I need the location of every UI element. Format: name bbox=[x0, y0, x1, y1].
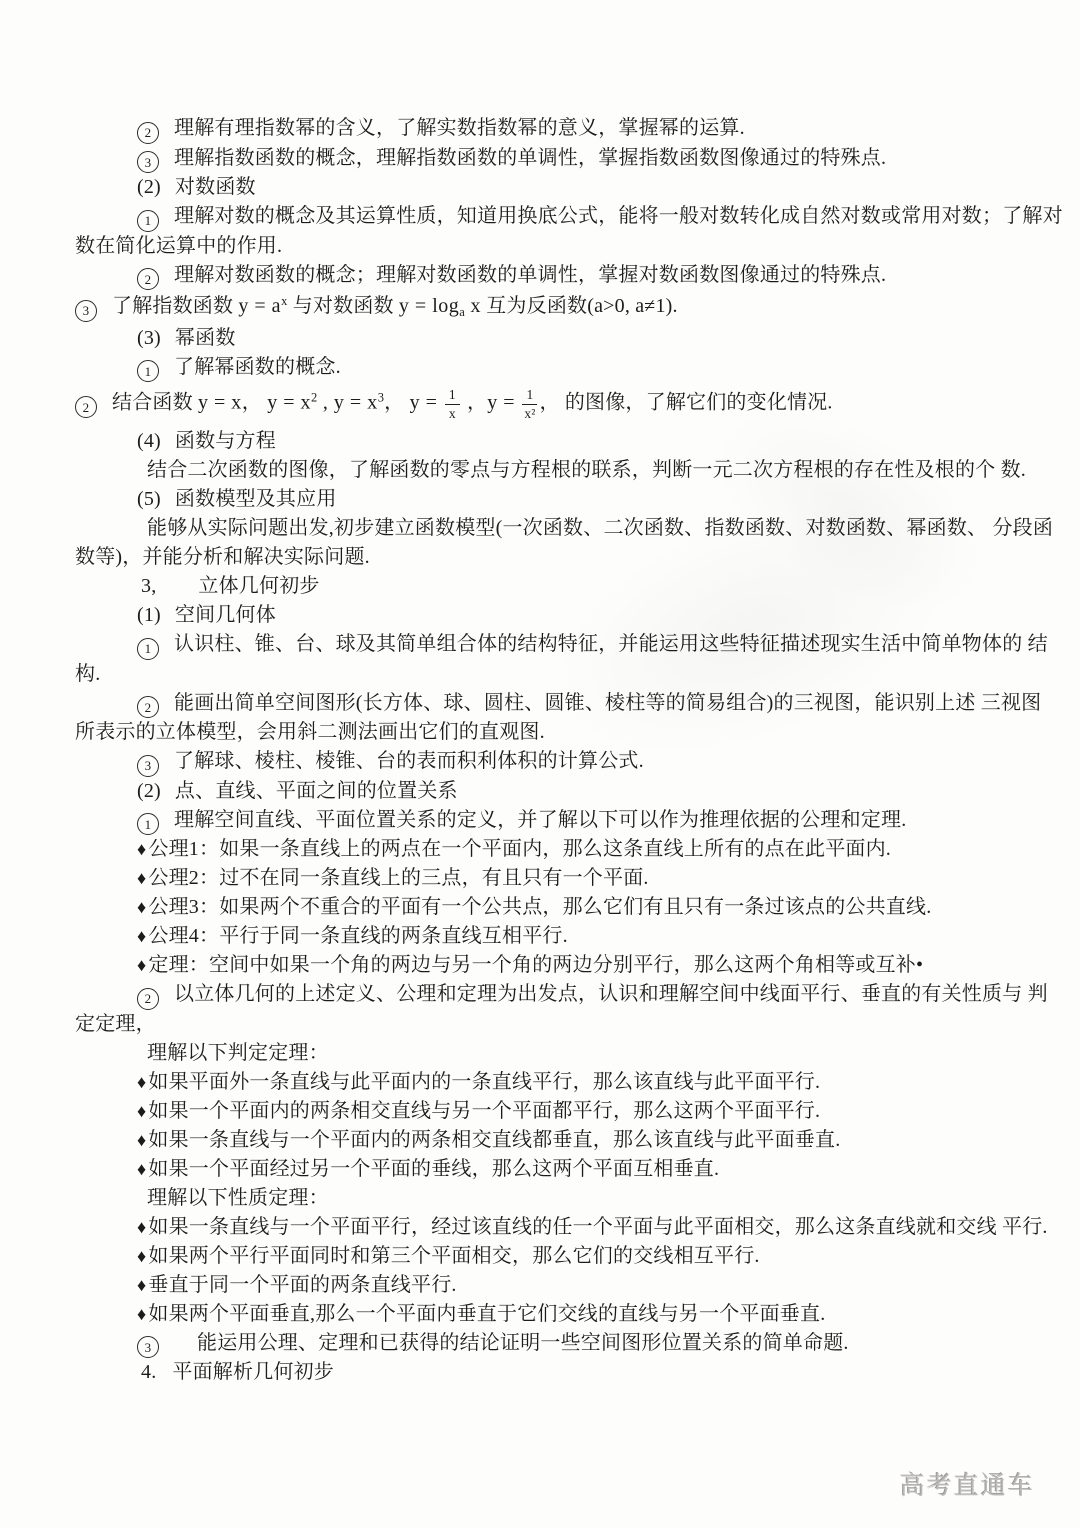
item-marker: (3) bbox=[137, 327, 161, 349]
text-run: 理解以下性质定理： bbox=[147, 1187, 329, 1209]
item-marker: (2) bbox=[137, 176, 161, 198]
text-run: 垂直于同一个平面的两条直线平行. bbox=[148, 1274, 456, 1296]
text-run: 函数与方程 bbox=[175, 430, 276, 452]
document-body: 2理解有理指数幂的含义，了解实数指数幂的意义，掌握幂的运算.3理解指数函数的概念… bbox=[75, 114, 1040, 1387]
item-marker: (5) bbox=[137, 488, 161, 510]
document-line: ♦如果两个平面垂直,那么一个平面内垂直于它们交线的直线与另一个平面垂直. bbox=[75, 1300, 1040, 1329]
item-marker: 3 bbox=[137, 1336, 159, 1358]
text-run: 对数函数 bbox=[175, 176, 256, 198]
document-line: 1理解对数的概念及其运算性质，知道用换底公式，能将一般对数转化成自然对数或常用对… bbox=[75, 202, 1040, 232]
text-run: 互为反函数(a>0, a≠1). bbox=[481, 295, 678, 317]
text-run: 公理2：过不在同一条直线上的三点，有且只有一个平面. bbox=[148, 867, 648, 889]
document-line: (2)点、直线、平面之间的位置关系 bbox=[75, 777, 1040, 806]
document-line: 能够从实际问题出发,初步建立函数模型(一次函数、二次函数、指数函数、对数函数、幂… bbox=[75, 514, 1040, 543]
document-line: (3)幂函数 bbox=[75, 324, 1040, 353]
diamond-bullet-icon: ♦ bbox=[137, 897, 146, 917]
document-line: ♦公理1：如果一条直线上的两点在一个平面内，那么这条直线上所有的点在此平面内. bbox=[75, 835, 1040, 864]
text-run: 能运用公理、定理和已获得的结论证明一些空间图形位置关系的简单命题. bbox=[197, 1332, 849, 1354]
document-line: ♦定理：空间中如果一个角的两边与另一个角的两边分别平行，那么这两个角相等或互补• bbox=[75, 951, 1040, 980]
diamond-bullet-icon: ♦ bbox=[137, 1101, 146, 1121]
item-marker: 2 bbox=[137, 696, 159, 718]
math-fraction: 1x² bbox=[522, 388, 537, 420]
text-run: 数在简化运算中的作用. bbox=[75, 235, 282, 257]
text-run: y = bbox=[410, 392, 443, 414]
document-line: 定定理， bbox=[75, 1010, 1040, 1039]
text-run: 幂函数 bbox=[175, 327, 236, 349]
item-marker: 2 bbox=[137, 268, 159, 290]
text-run: y = x bbox=[198, 392, 242, 414]
item-marker: (4) bbox=[137, 430, 161, 452]
document-line: 2理解有理指数幂的含义，了解实数指数幂的意义，掌握幂的运算. bbox=[75, 114, 1040, 144]
document-line: 2以立体几何的上述定义、公理和定理为出发点，认识和理解空间中线面平行、垂直的有关… bbox=[75, 980, 1040, 1010]
document-line: ♦如果一个平面内的两条相交直线与另一个平面都平行，那么这两个平面平行. bbox=[75, 1097, 1040, 1126]
document-line: ♦如果一个平面经过另一个平面的垂线，那么这两个平面互相垂直. bbox=[75, 1155, 1040, 1184]
text-run: 如果一个平面内的两条相交直线与另一个平面都平行，那么这两个平面平行. bbox=[148, 1100, 820, 1122]
item-marker: 2 bbox=[137, 988, 159, 1010]
text-run: ， bbox=[462, 392, 487, 414]
text-run: 结合二次函数的图像，了解函数的零点与方程根的联系，判断一元二次方程根的存在性及根… bbox=[147, 459, 1026, 481]
text-run: 理解以下判定定理： bbox=[147, 1042, 329, 1064]
document-line: 3了解球、棱柱、棱锥、台的表而积利体积的计算公式. bbox=[75, 747, 1040, 777]
text-run: y = log bbox=[399, 295, 459, 317]
item-marker: (2) bbox=[137, 780, 161, 802]
document-line: ♦公理3：如果两个不重合的平面有一个公共点，那么它们有且只有一条过该点的公共直线… bbox=[75, 893, 1040, 922]
document-line: 数在简化运算中的作用. bbox=[75, 232, 1040, 261]
item-marker: (1) bbox=[137, 604, 161, 626]
document-line: 1认识柱、锥、台、球及其简单组合体的结构特征，并能运用这些特征描述现实生活中简单… bbox=[75, 630, 1040, 660]
text-run: 数等)，并能分析和解决实际问题. bbox=[75, 546, 370, 568]
text-run: 平面解析几何初步 bbox=[172, 1361, 334, 1383]
document-line: 2结合函数 y = x， y = x2 , y = x3， y = 1x ，y … bbox=[75, 382, 1040, 427]
text-run: y = bbox=[487, 392, 520, 414]
text-run: 能够从实际问题出发,初步建立函数模型(一次函数、二次函数、指数函数、对数函数、幂… bbox=[147, 517, 1053, 539]
diamond-bullet-icon: ♦ bbox=[137, 955, 146, 975]
diamond-bullet-icon: ♦ bbox=[137, 868, 146, 888]
document-line: ♦如果一条直线与一个平面内的两条相交直线都垂直，那么该直线与此平面垂直. bbox=[75, 1126, 1040, 1155]
document-line: 1了解幂函数的概念. bbox=[75, 353, 1040, 383]
document-line: ♦公理2：过不在同一条直线上的三点，有且只有一个平面. bbox=[75, 864, 1040, 893]
diamond-bullet-icon: ♦ bbox=[137, 1246, 146, 1266]
diamond-bullet-icon: ♦ bbox=[137, 1130, 146, 1150]
text-run: 了解球、棱柱、棱锥、台的表而积利体积的计算公式. bbox=[174, 750, 644, 772]
document-line: 2能画出简单空间图形(长方体、球、圆柱、圆锥、棱柱等的简易组合)的三视图，能识别… bbox=[75, 689, 1040, 719]
text-run: y = a bbox=[238, 295, 281, 317]
text-run: 定定理， bbox=[75, 1013, 156, 1035]
document-line: 所表示的立体模型，会用斜二测法画出它们的直观图. bbox=[75, 718, 1040, 747]
document-line: 3能运用公理、定理和已获得的结论证明一些空间图形位置关系的简单命题. bbox=[75, 1329, 1040, 1359]
text-run: 结合函数 bbox=[112, 392, 198, 414]
document-line: ♦如果一条直线与一个平面平行，经过该直线的任一个平面与此平面相交，那么这条直线就… bbox=[75, 1213, 1040, 1242]
text-run: , y = x bbox=[317, 392, 377, 414]
diamond-bullet-icon: ♦ bbox=[137, 839, 146, 859]
document-line: 3理解指数函数的概念，理解指数函数的单调性，掌握指数函数图像通过的特殊点. bbox=[75, 144, 1040, 174]
text-run: 理解指数函数的概念，理解指数函数的单调性，掌握指数函数图像通过的特殊点. bbox=[174, 147, 886, 169]
item-marker: 2 bbox=[137, 122, 159, 144]
text-run: 以立体几何的上述定义、公理和定理为出发点，认识和理解空间中线面平行、垂直的有关性… bbox=[174, 983, 1048, 1005]
text-run: 如果一条直线与一个平面平行，经过该直线的任一个平面与此平面相交，那么这条直线就和… bbox=[148, 1216, 1047, 1238]
item-marker: 3, bbox=[141, 575, 156, 597]
text-run: 理解对数的概念及其运算性质，知道用换底公式，能将一般对数转化成自然对数或常用对数… bbox=[174, 205, 1063, 227]
text-run: 理解有理指数幂的含义，了解实数指数幂的意义，掌握幂的运算. bbox=[174, 117, 745, 139]
document-line: 结合二次函数的图像，了解函数的零点与方程根的联系，判断一元二次方程根的存在性及根… bbox=[75, 456, 1040, 485]
text-run: 了解幂函数的概念. bbox=[174, 356, 341, 378]
text-run: 理解对数函数的概念；理解对数函数的单调性，掌握对数函数图像通过的特殊点. bbox=[174, 264, 886, 286]
document-line: 1理解空间直线、平面位置关系的定义，并了解以下可以作为推理依据的公理和定理. bbox=[75, 806, 1040, 836]
text-run: 公理3：如果两个不重合的平面有一个公共点，那么它们有且只有一条过该点的公共直线. bbox=[148, 896, 931, 918]
item-marker: 3 bbox=[137, 151, 159, 173]
text-run: ， bbox=[242, 392, 267, 414]
text-run: 理解空间直线、平面位置关系的定义，并了解以下可以作为推理依据的公理和定理. bbox=[174, 809, 906, 831]
document-line: 3,立体几何初步 bbox=[75, 572, 1040, 601]
diamond-bullet-icon: ♦ bbox=[137, 1159, 146, 1179]
text-run: ， bbox=[384, 392, 409, 414]
text-run: 公理1：如果一条直线上的两点在一个平面内，那么这条直线上所有的点在此平面内. bbox=[148, 838, 891, 860]
item-marker: 1 bbox=[137, 813, 159, 835]
item-marker: 3 bbox=[75, 300, 97, 322]
text-run: 了解指数函数 bbox=[112, 295, 238, 317]
text-run: 认识柱、锥、台、球及其简单组合体的结构特征，并能运用这些特征描述现实生活中简单物… bbox=[174, 633, 1048, 655]
text-run: 如果平面外一条直线与此平面内的一条直线平行，那么该直线与此平面平行. bbox=[148, 1071, 820, 1093]
math-fraction: 1x bbox=[445, 388, 460, 420]
text-run: 如果一个平面经过另一个平面的垂线，那么这两个平面互相垂直. bbox=[148, 1158, 719, 1180]
text-run: 函数模型及其应用 bbox=[175, 488, 337, 510]
document-line: 理解以下判定定理： bbox=[75, 1039, 1040, 1068]
text-run: 所表示的立体模型，会用斜二测法画出它们的直观图. bbox=[75, 721, 545, 743]
diamond-bullet-icon: ♦ bbox=[137, 926, 146, 946]
item-marker: 3 bbox=[137, 755, 159, 777]
item-marker: 1 bbox=[137, 638, 159, 660]
item-marker: 2 bbox=[75, 396, 97, 418]
item-marker: 1 bbox=[137, 210, 159, 232]
document-line: 数等)，并能分析和解决实际问题. bbox=[75, 543, 1040, 572]
document-line: 理解以下性质定理： bbox=[75, 1184, 1040, 1213]
watermark-text: 高考直通车 bbox=[900, 1466, 1035, 1502]
document-line: ♦公理4：平行于同一条直线的两条直线互相平行. bbox=[75, 922, 1040, 951]
text-run: 如果一条直线与一个平面内的两条相交直线都垂直，那么该直线与此平面垂直. bbox=[148, 1129, 840, 1151]
text-run: 定理：空间中如果一个角的两边与另一个角的两边分别平行，那么这两个角相等或互补• bbox=[148, 954, 923, 976]
item-marker: 1 bbox=[137, 360, 159, 382]
document-line: ♦垂直于同一个平面的两条直线平行. bbox=[75, 1271, 1040, 1300]
text-run: 立体几何初步 bbox=[198, 575, 319, 597]
text-run: 能画出简单空间图形(长方体、球、圆柱、圆锥、棱柱等的简易组合)的三视图，能识别上… bbox=[174, 692, 1041, 714]
text-run: y = x bbox=[267, 392, 311, 414]
diamond-bullet-icon: ♦ bbox=[137, 1072, 146, 1092]
text-run: 与对数函数 bbox=[288, 295, 399, 317]
document-line: 2理解对数函数的概念；理解对数函数的单调性，掌握对数函数图像通过的特殊点. bbox=[75, 261, 1040, 291]
diamond-bullet-icon: ♦ bbox=[137, 1275, 146, 1295]
text-run: ， 的图像，了解它们的变化情况. bbox=[539, 392, 832, 414]
document-line: (1)空间几何体 bbox=[75, 601, 1040, 630]
document-line: 3了解指数函数 y = ax 与对数函数 y = loga x 互为反函数(a>… bbox=[75, 290, 1040, 324]
text-run: 点、直线、平面之间的位置关系 bbox=[175, 780, 458, 802]
document-line: 构. bbox=[75, 660, 1040, 689]
text-run: 如果两个平行平面同时和第三个平面相交，那么它们的交线相互平行. bbox=[148, 1245, 759, 1267]
document-line: (5)函数模型及其应用 bbox=[75, 485, 1040, 514]
diamond-bullet-icon: ♦ bbox=[137, 1304, 146, 1324]
text-run: 空间几何体 bbox=[175, 604, 276, 626]
text-run: 如果两个平面垂直,那么一个平面内垂直于它们交线的直线与另一个平面垂直. bbox=[148, 1303, 825, 1325]
document-line: 4.平面解析几何初步 bbox=[75, 1358, 1040, 1387]
text-run: 公理4：平行于同一条直线的两条直线互相平行. bbox=[148, 925, 567, 947]
document-line: (4)函数与方程 bbox=[75, 427, 1040, 456]
document-line: ♦如果平面外一条直线与此平面内的一条直线平行，那么该直线与此平面平行. bbox=[75, 1068, 1040, 1097]
document-line: ♦如果两个平行平面同时和第三个平面相交，那么它们的交线相互平行. bbox=[75, 1242, 1040, 1271]
diamond-bullet-icon: ♦ bbox=[137, 1217, 146, 1237]
document-line: (2)对数函数 bbox=[75, 173, 1040, 202]
text-run: x bbox=[465, 295, 481, 317]
scanned-document-page: 2理解有理指数幂的含义，了解实数指数幂的意义，掌握幂的运算.3理解指数函数的概念… bbox=[0, 0, 1080, 1528]
text-run: 构. bbox=[75, 663, 100, 685]
item-marker: 4. bbox=[141, 1361, 156, 1383]
